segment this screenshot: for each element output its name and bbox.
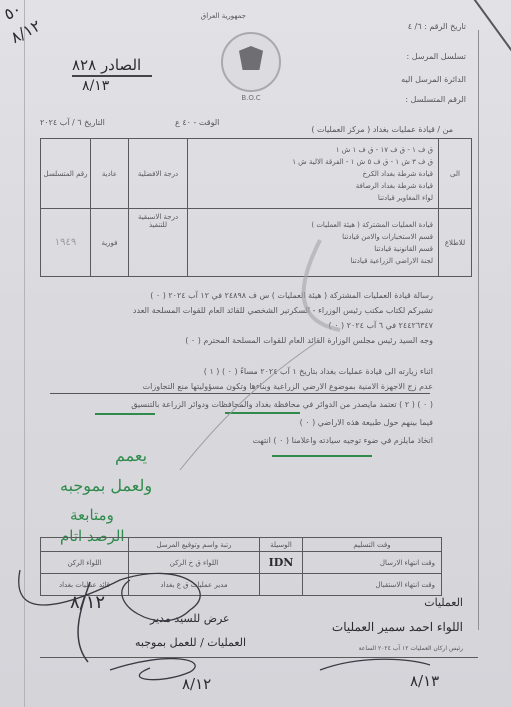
pen-strokes: [0, 0, 511, 707]
document-page: جمهورية العراق B.O.C تاريخ الرقم : ٦/ ٤ …: [0, 0, 511, 707]
